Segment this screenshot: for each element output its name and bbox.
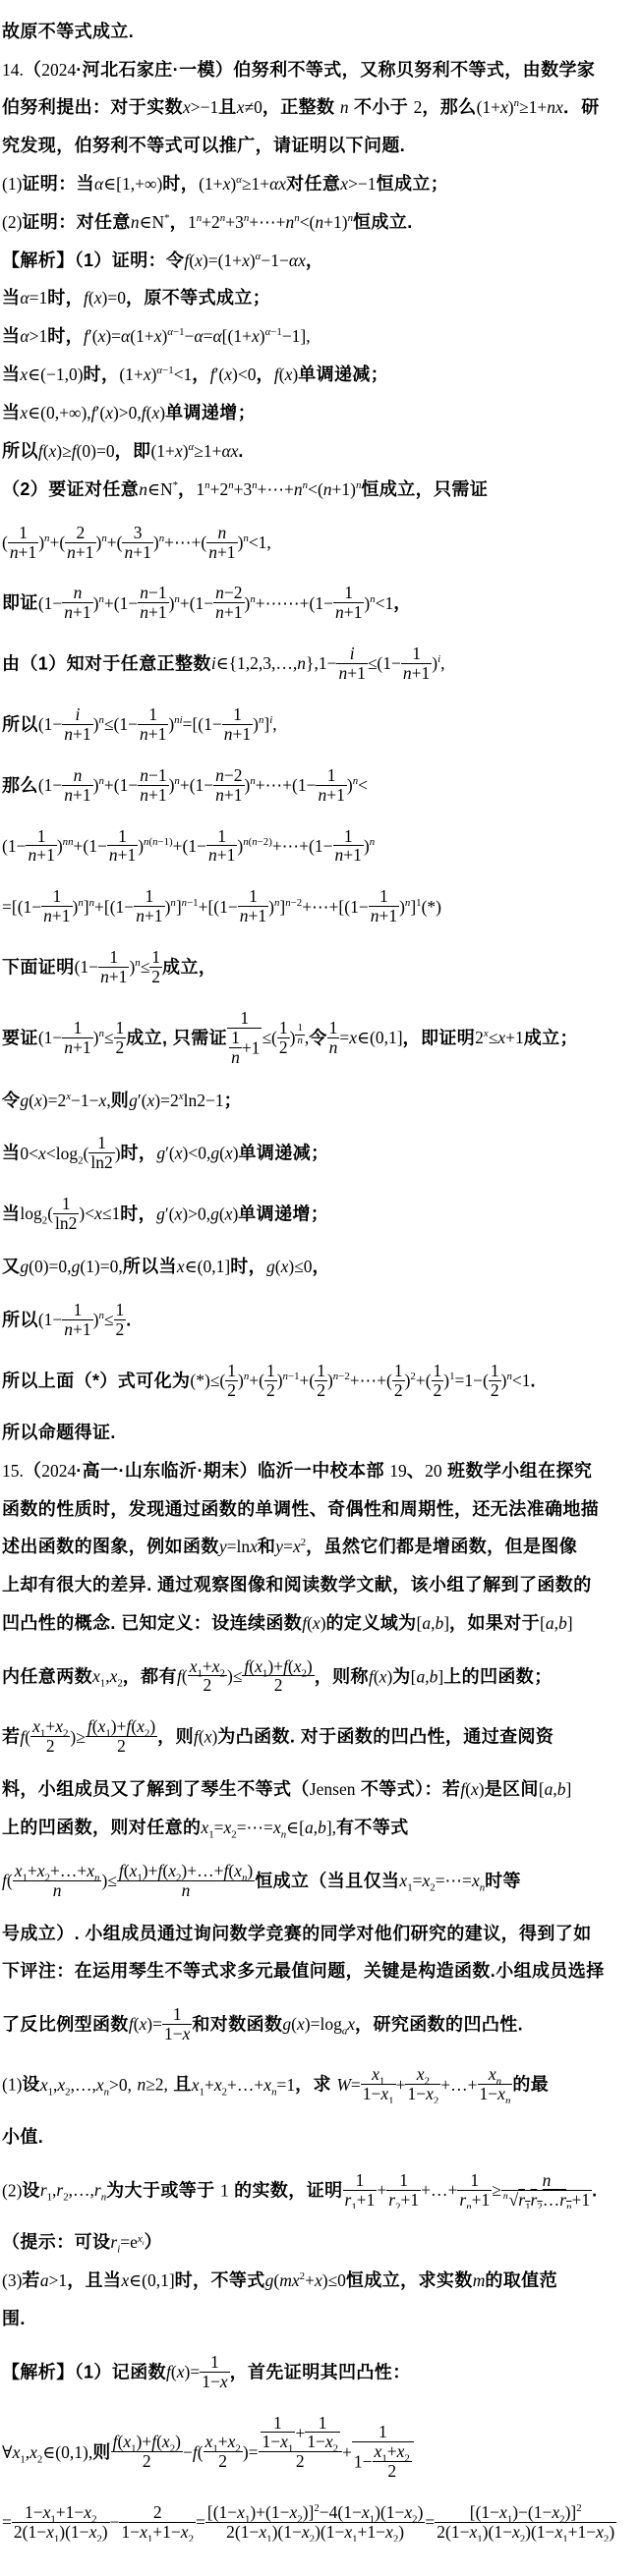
doc-line-12: 所以f(x)≥f(0)=0，即(1+x)α≥1+αx. [2, 440, 641, 463]
doc-line-37: 料，小组成员又了解到了琴生不等式（Jensen 不等式）：若f(x)是区间[a,… [2, 1778, 641, 1801]
doc-line-11: 当x∈(0,+∞),f′(x)>0,f(x)单调递增； [2, 402, 641, 424]
doc-line-1: 故原不等式成立. [2, 21, 641, 43]
doc-line-8: 当α=1时，f(x)=0，原不等式成立； [2, 287, 641, 309]
doc-line-27: 所以(1−1n+1)n≤12. [2, 1301, 641, 1339]
doc-line-34: 凹凸性的概念. 已知定义：设连续函数f(x)的定义域为[a,b]，如果对于[a,… [2, 1612, 641, 1635]
doc-line-45: (2)设r1,r2,…,rn为大于或等于 1 的实数，证明1r1+1+1r2+1… [2, 2171, 641, 2210]
doc-line-18: 那么(1−nn+1)n+(1−n−1n+1)n+(1−n−2n+1)n+⋯+(1… [2, 766, 641, 805]
doc-line-51: =1−x1+1−x22(1−x1)(1−x2)−21−x1+1−x2=[(1−x… [2, 2503, 641, 2542]
doc-line-40: 号成立）. 小组成员通过询问数学竞赛的同学对他们研究的建议，得到了如 [2, 1923, 641, 1945]
doc-line-32: 述出函数的图象，例如函数y=lnx和y=x2，虽然它们都是增函数，但是图像 [2, 1536, 641, 1558]
doc-line-31: 函数的性质时，发现通过函数的单调性、奇偶性和周期性，还无法准确地描 [2, 1498, 641, 1521]
doc-line-29: 所以命题得证. [2, 1422, 641, 1444]
doc-line-43: (1)设x1,x2,…,xn>0, n≥2, 且x1+x2+…+xn=1，求 W… [2, 2065, 641, 2103]
doc-line-6: (2)证明：对任意n∈N*，1n+2n+3n+⋯+nn<(n+1)n恒成立. [2, 211, 641, 234]
doc-line-49: 【解析】（1）记函数f(x)=11−x，首先证明其凹凸性： [2, 2353, 641, 2391]
doc-line-24: 当0<x<log2(1ln2)时，g′(x)<0,g(x)单调递减； [2, 1134, 641, 1172]
doc-line-7: 【解析】（1）证明：令f(x)=(1+x)α−1−αx， [2, 250, 641, 272]
doc-line-46: （提示：可设ri=exi） [2, 2231, 641, 2254]
doc-line-2: 14.（2024·河北石家庄·一模）伯努利不等式，又称贝努利不等式，由数学家 [2, 59, 641, 82]
doc-line-5: (1)证明：当α∈[1,+∞)时，(1+x)α≥1+αx对任意x>−1恒成立； [2, 173, 641, 196]
doc-line-42: 了反比例型函数f(x)=11−x和对数函数g(x)=logax，研究函数的凹凸性… [2, 2005, 641, 2044]
doc-line-9: 当α>1时，f′(x)=α(1+x)α−1−α=α[(1+x)α−1−1], [2, 325, 641, 348]
doc-line-48: 围. [2, 2308, 641, 2330]
doc-line-35: 内任意两数x1,x2，都有f(x1+x22)≤f(x1)+f(x2)2，则称f(… [2, 1657, 641, 1696]
document-page: 故原不等式成立.14.（2024·河北石家庄·一模）伯努利不等式，又称贝努利不等… [0, 0, 641, 2576]
doc-line-15: 即证(1−nn+1)n+(1−n−1n+1)n+(1−n−2n+1)n+⋯⋯+(… [2, 584, 641, 622]
doc-line-22: 要证(1−1n+1)n≤12成立, 只需证11n+1≤(12)1n,令1n=x∈… [2, 1009, 641, 1067]
doc-line-19: (1−1n+1)nn+(1−1n+1)n(n−1)+(1−1n+1)n(n−2)… [2, 827, 641, 866]
doc-line-41: 下评注：在运用琴生不等式求多元最值问题，关键是构造函数.小组成员选择 [2, 1960, 641, 1983]
doc-line-50: ∀x1,x2∈(0,1),则f(x1)+f(x2)2−f(x1+x22)=11−… [2, 2414, 641, 2481]
doc-line-16: 由（1）知对于任意正整数i∈{1,2,3,…,n},1−in+1≤(1−1n+1… [2, 644, 641, 683]
doc-line-36: 若f(x1+x22)≥f(x1)+f(x2)2，则f(x)为凸函数. 对于函数的… [2, 1717, 641, 1756]
doc-line-23: 令g(x)=2x−1−x,则g′(x)=2xln2−1； [2, 1090, 641, 1112]
doc-line-10: 当x∈(−1,0)时，(1+x)α−1<1，f′(x)<0，f(x)单调递减； [2, 364, 641, 386]
doc-line-4: 究发现，伯努利不等式可以推广，请证明以下问题. [2, 135, 641, 157]
doc-line-17: 所以(1−in+1)n≤(1−1n+1)ni=[(1−1n+1)n]i, [2, 705, 641, 744]
doc-line-47: (3)若a>1，且当x∈(0,1]时，不等式g(mx2+x)≤0恒成立，求实数m… [2, 2269, 641, 2292]
doc-line-26: 又g(0)=0,g(1)=0,所以当x∈(0,1]时，g(x)≤0， [2, 1256, 641, 1278]
doc-line-3: 伯努利提出：对于实数x>−1且x≠0，正整数 n 不小于 2，那么(1+x)n≥… [2, 96, 641, 119]
doc-line-21: 下面证明(1−1n+1)n≤12成立， [2, 948, 641, 986]
doc-line-28: 所以上面（*）式可化为(*)≤(12)n+(12)n−1+(12)n−2+⋯+(… [2, 1362, 641, 1400]
doc-line-44: 小值. [2, 2126, 641, 2149]
doc-line-30: 15.（2024·高一·山东临沂·期末）临沂一中校本部 19、20 班数学小组在… [2, 1460, 641, 1483]
doc-line-20: =[(1−1n+1)n]n+[(1−1n+1)n]n−1+[(1−1n+1)n]… [2, 887, 641, 925]
doc-line-33: 上却有很大的差异. 通过观察图像和阅读数学文献，该小组了解到了函数的 [2, 1574, 641, 1596]
doc-line-14: (1n+1)n+(2n+1)n+(3n+1)n+⋯+(nn+1)n<1, [2, 524, 641, 562]
doc-line-13: （2）要证对任意n∈N*，1n+2n+3n+⋯+nn<(n+1)n恒成立，只需证 [2, 478, 641, 501]
doc-line-25: 当log2(1ln2)<x≤1时，g′(x)>0,g(x)单调递增； [2, 1195, 641, 1233]
doc-line-39: f(x1+x2+…+xnn)≤f(x1)+f(x2)+…+f(xn)n恒成立（当… [2, 1862, 641, 1900]
doc-line-38: 上的凹函数，则对任意的x1=x2=⋯=xn∈[a,b],有不等式 [2, 1817, 641, 1839]
